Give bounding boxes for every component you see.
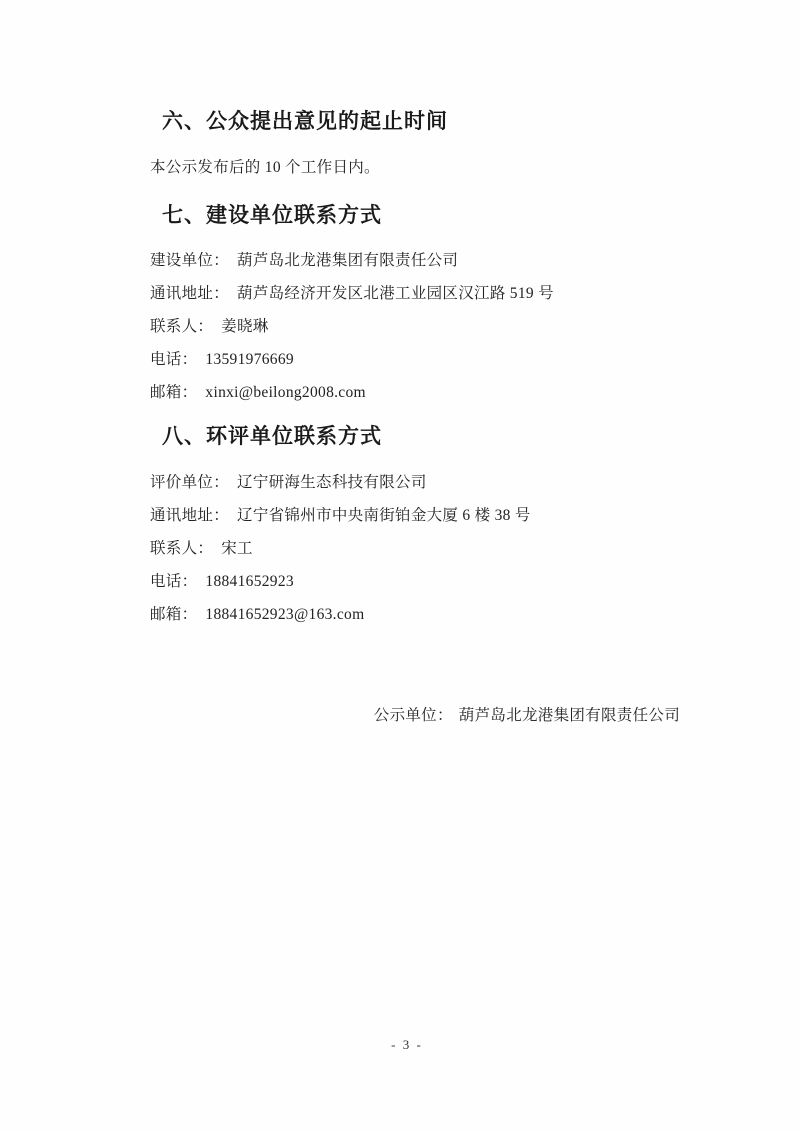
contact-row-label: 通讯地址： <box>150 285 229 302</box>
page-number: - 3 - <box>0 1037 800 1053</box>
contact-row-label: 通讯地址： <box>150 507 229 524</box>
contact-row-unit: 建设单位：葫芦岛北龙港集团有限责任公司 <box>150 250 680 271</box>
contact-row-label: 电话： <box>150 573 197 590</box>
section-construction-unit-contact: 七、建设单位联系方式 建设单位：葫芦岛北龙港集团有限责任公司 通讯地址：葫芦岛经… <box>150 203 680 403</box>
contact-row-label: 邮箱： <box>150 606 197 623</box>
contact-row-value: 宋工 <box>221 540 253 557</box>
contact-row-value: xinxi@beilong2008.com <box>205 384 366 401</box>
publisher-line: 公示单位：葫芦岛北龙港集团有限责任公司 <box>150 705 680 726</box>
contact-row-person: 联系人：姜晓琳 <box>150 316 680 337</box>
section-eia-unit-contact: 八、环评单位联系方式 评价单位：辽宁研海生态科技有限公司 通讯地址：辽宁省锦州市… <box>150 424 680 625</box>
contact-row-address: 通讯地址：辽宁省锦州市中央南街铂金大厦 6 楼 38 号 <box>150 505 680 526</box>
comment-period-text: 本公示发布后的 10 个工作日内。 <box>150 157 680 178</box>
contact-row-email: 邮箱：18841652923@163.com <box>150 604 680 625</box>
section-heading-eia-unit: 八、环评单位联系方式 <box>162 424 680 449</box>
section-heading-comment-period: 六、公众提出意见的起止时间 <box>162 109 680 134</box>
contact-row-address: 通讯地址：葫芦岛经济开发区北港工业园区汉江路 519 号 <box>150 283 680 304</box>
contact-row-label: 电话： <box>150 351 197 368</box>
contact-row-value: 18841652923@163.com <box>205 606 364 623</box>
section-comment-period: 六、公众提出意见的起止时间 本公示发布后的 10 个工作日内。 <box>150 109 680 178</box>
contact-row-label: 联系人： <box>150 318 213 335</box>
contact-row-value: 辽宁省锦州市中央南街铂金大厦 6 楼 38 号 <box>237 507 531 524</box>
contact-row-label: 建设单位： <box>150 252 229 269</box>
construction-unit-contact-rows: 建设单位：葫芦岛北龙港集团有限责任公司 通讯地址：葫芦岛经济开发区北港工业园区汉… <box>150 250 680 403</box>
contact-row-label: 邮箱： <box>150 384 197 401</box>
contact-row-value: 葫芦岛北龙港集团有限责任公司 <box>237 252 458 269</box>
contact-row-label: 联系人： <box>150 540 213 557</box>
eia-unit-contact-rows: 评价单位：辽宁研海生态科技有限公司 通讯地址：辽宁省锦州市中央南街铂金大厦 6 … <box>150 472 680 625</box>
contact-row-person: 联系人：宋工 <box>150 538 680 559</box>
contact-row-phone: 电话：18841652923 <box>150 571 680 592</box>
contact-row-value: 13591976669 <box>205 351 294 368</box>
contact-row-value: 姜晓琳 <box>221 318 268 335</box>
section-heading-construction-unit: 七、建设单位联系方式 <box>162 203 680 228</box>
contact-row-unit: 评价单位：辽宁研海生态科技有限公司 <box>150 472 680 493</box>
contact-row-label: 评价单位： <box>150 474 229 491</box>
document-page: 六、公众提出意见的起止时间 本公示发布后的 10 个工作日内。 七、建设单位联系… <box>0 0 800 1132</box>
contact-row-value: 18841652923 <box>205 573 294 590</box>
contact-row-value: 辽宁研海生态科技有限公司 <box>237 474 427 491</box>
contact-row-phone: 电话：13591976669 <box>150 349 680 370</box>
contact-row-email: 邮箱：xinxi@beilong2008.com <box>150 382 680 403</box>
publisher-value: 葫芦岛北龙港集团有限责任公司 <box>459 707 680 724</box>
publisher-label: 公示单位： <box>374 707 453 724</box>
contact-row-value: 葫芦岛经济开发区北港工业园区汉江路 519 号 <box>237 285 554 302</box>
page-content: 六、公众提出意见的起止时间 本公示发布后的 10 个工作日内。 七、建设单位联系… <box>0 0 800 726</box>
